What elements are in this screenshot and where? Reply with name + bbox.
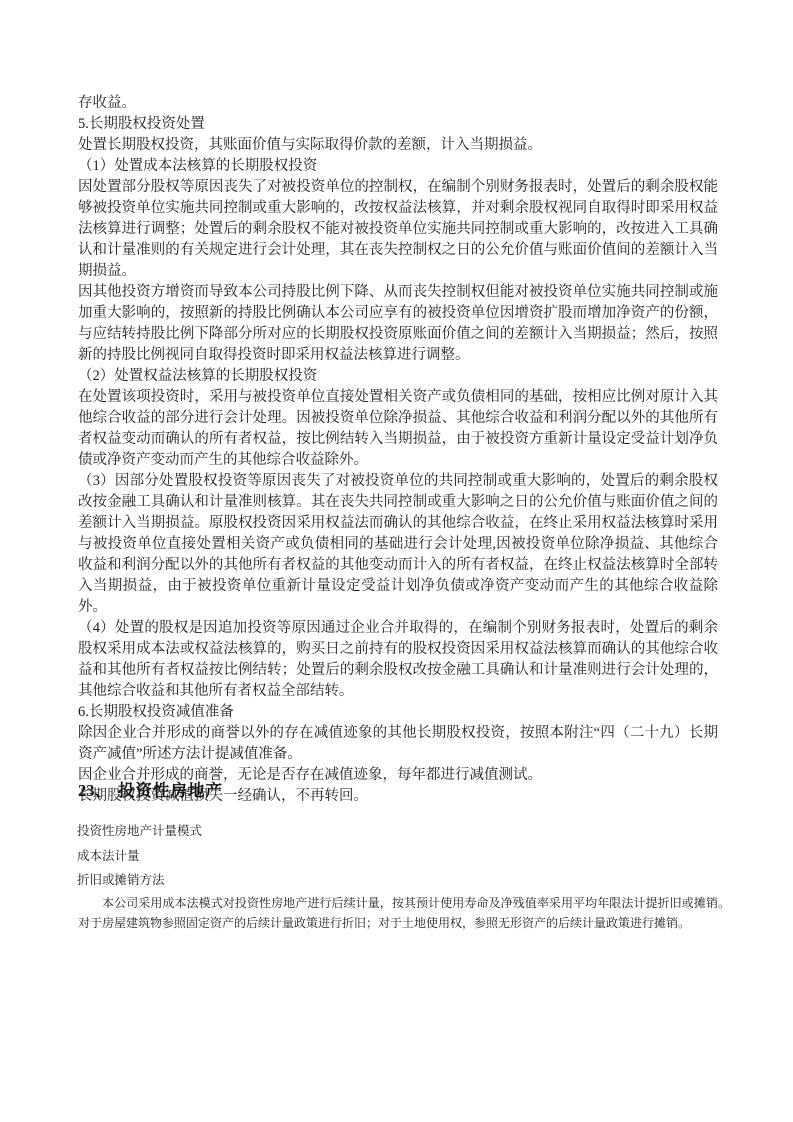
body-paragraph: （3）因部分处置股权投资等原因丧失了对被投资单位的共同控制或重大影响的，处置后的…	[78, 471, 718, 618]
body-paragraph: 因处置部分股权等原因丧失了对被投资单位的控制权，在编制个别财务报表时，处置后的剩…	[78, 177, 718, 282]
measurement-info-block: 投资性房地产计量模式 成本法计量 折旧或摊销方法	[77, 819, 727, 893]
sub-item-2-heading: （2）处置权益法核算的长期股权投资	[78, 366, 718, 387]
list-heading-5: 5.长期股权投资处置	[78, 114, 718, 135]
document-page: 存收益。 5.长期股权投资处置 处置长期股权投资，其账面价值与实际取得价款的差额…	[0, 0, 793, 1122]
measurement-mode-label: 投资性房地产计量模式	[77, 819, 727, 844]
body-text-block: 存收益。 5.长期股权投资处置 处置长期股权投资，其账面价值与实际取得价款的差额…	[78, 93, 718, 807]
body-paragraph: 存收益。	[78, 93, 718, 114]
depreciation-method-label: 折旧或摊销方法	[77, 868, 727, 893]
body-paragraph: 处置长期股权投资，其账面价值与实际取得价款的差额，计入当期损益。	[78, 135, 718, 156]
body-paragraph: 除因企业合并形成的商誉以外的存在减值迹象的其他长期股权投资，按照本附注“四（二十…	[78, 723, 718, 765]
body-paragraph: 在处置该项投资时，采用与被投资单位直接处置相关资产或负债相同的基础，按相应比例对…	[78, 387, 718, 471]
list-heading-6: 6.长期股权投资减值准备	[78, 702, 718, 723]
section-heading: 23、投资性房地产	[78, 780, 223, 802]
body-paragraph: （4）处置的股权是因追加投资等原因通过企业合并取得的，在编制个别财务报表时，处置…	[78, 618, 718, 702]
body-paragraph: 因其他投资方增资而导致本公司持股比例下降、从而丧失控制权但能对被投资单位实施共同…	[78, 282, 718, 366]
section-paragraph: 本公司采用成本法模式对投资性房地产进行后续计量，按其预计使用寿命及净残值率采用平…	[78, 893, 730, 933]
cost-method-label: 成本法计量	[77, 844, 727, 869]
section-title: 投资性房地产	[118, 782, 223, 800]
sub-item-1-heading: （1）处置成本法核算的长期股权投资	[78, 156, 718, 177]
section-number: 23、	[78, 781, 111, 800]
